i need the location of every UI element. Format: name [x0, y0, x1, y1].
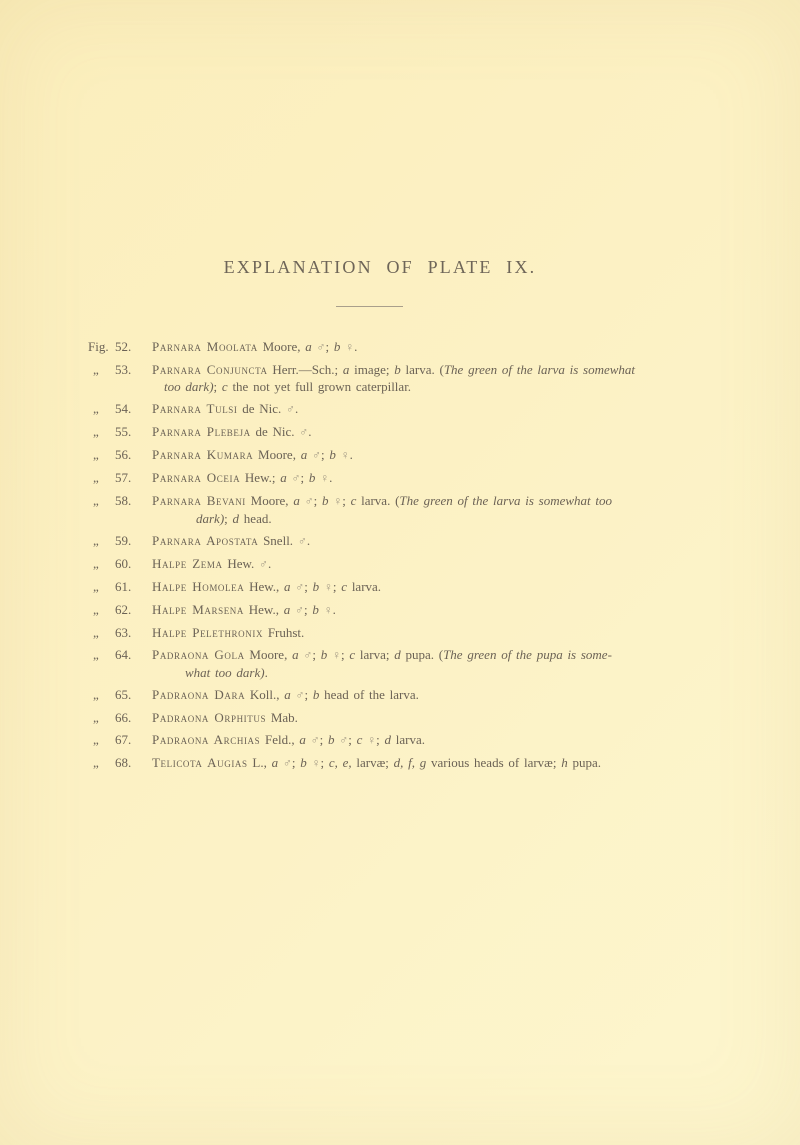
ditto-mark: „ [88, 578, 115, 595]
figure-description: Halpe Homolea Hew., a ♂; b ♀; c larva. [152, 578, 732, 596]
figure-number: 68. [115, 754, 152, 771]
figure-entry: „56.Parnara Kumara Moore, a ♂; b ♀. [88, 446, 748, 464]
figure-entry: „54.Parnara Tulsi de Nic. ♂. [88, 400, 748, 418]
figure-description: Halpe Zema Hew. ♂. [152, 555, 732, 573]
figure-entry: „65.Padraona Dara Koll., a ♂; b head of … [88, 686, 748, 704]
figure-description: Parnara Moolata Moore, a ♂; b ♀. [152, 338, 732, 356]
male-symbol: ♂ [259, 557, 268, 571]
scanned-page: { "page": { "title": "EXPLANATION OF PLA… [0, 0, 800, 1145]
ditto-mark: „ [88, 423, 115, 440]
page-title: EXPLANATION OF PLATE IX. [0, 257, 760, 278]
figure-entry: „58.Parnara Bevani Moore, a ♂; b ♀; c la… [88, 492, 748, 527]
figure-description: Padraona Gola Moore, a ♂; b ♀; c larva; … [152, 646, 732, 681]
female-symbol: ♀ [324, 580, 333, 594]
male-symbol: ♂ [296, 688, 305, 702]
figure-entry: „66.Padraona Orphitus Mab. [88, 709, 748, 726]
ditto-mark: „ [88, 646, 115, 663]
ditto-mark: „ [88, 754, 115, 771]
female-symbol: ♀ [341, 448, 350, 462]
figure-entry: „59.Parnara Apostata Snell. ♂. [88, 532, 748, 550]
female-symbol: ♀ [345, 340, 354, 354]
figure-number: 53. [115, 361, 152, 378]
ditto-mark: „ [88, 601, 115, 618]
figure-description: Parnara Bevani Moore, a ♂; b ♀; c larva.… [152, 492, 732, 527]
ditto-mark: „ [88, 555, 115, 572]
figure-number: 63. [115, 624, 152, 641]
figure-number: 60. [115, 555, 152, 572]
figure-number: 61. [115, 578, 152, 595]
figure-entry: „60.Halpe Zema Hew. ♂. [88, 555, 748, 573]
figure-number: 65. [115, 686, 152, 703]
figure-description: Parnara Apostata Snell. ♂. [152, 532, 732, 550]
figure-number: 56. [115, 446, 152, 463]
figure-entry: „62.Halpe Marsena Hew., a ♂; b ♀. [88, 601, 748, 619]
figure-description: Halpe Marsena Hew., a ♂; b ♀. [152, 601, 732, 619]
figure-description: Parnara Oceia Hew.; a ♂; b ♀. [152, 469, 732, 487]
figure-number: 54. [115, 400, 152, 417]
figure-number: 55. [115, 423, 152, 440]
ditto-mark: „ [88, 686, 115, 703]
figure-description: Telicota Augias L., a ♂; b ♀; c, e, larv… [152, 754, 732, 772]
ditto-mark: „ [88, 469, 115, 486]
male-symbol: ♂ [339, 733, 348, 747]
male-symbol: ♂ [311, 733, 320, 747]
figure-entry: „57.Parnara Oceia Hew.; a ♂; b ♀. [88, 469, 748, 487]
figure-entry: „68.Telicota Augias L., a ♂; b ♀; c, e, … [88, 754, 748, 772]
figure-entry: „55.Parnara Plebeja de Nic. ♂. [88, 423, 748, 441]
title-divider [336, 306, 403, 307]
figure-entry: „61.Halpe Homolea Hew., a ♂; b ♀; c larv… [88, 578, 748, 596]
figure-description: Parnara Tulsi de Nic. ♂. [152, 400, 732, 418]
male-symbol: ♂ [298, 534, 307, 548]
male-symbol: ♂ [292, 471, 301, 485]
male-symbol: ♂ [295, 603, 304, 617]
figure-description: Parnara Kumara Moore, a ♂; b ♀. [152, 446, 732, 464]
figure-entry: „64.Padraona Gola Moore, a ♂; b ♀; c lar… [88, 646, 748, 681]
figure-number: 64. [115, 646, 152, 663]
figure-entry: Fig.52.Parnara Moolata Moore, a ♂; b ♀. [88, 338, 748, 356]
male-symbol: ♂ [283, 756, 292, 770]
figure-entry: „63.Halpe Pelethronix Fruhst. [88, 624, 748, 641]
figure-description: Parnara Conjuncta Herr.—Sch.; a image; b… [152, 361, 732, 395]
figure-number: 59. [115, 532, 152, 549]
female-symbol: ♀ [367, 733, 376, 747]
male-symbol: ♂ [299, 425, 308, 439]
ditto-mark: „ [88, 532, 115, 549]
male-symbol: ♂ [286, 402, 295, 416]
female-symbol: ♀ [332, 648, 341, 662]
figure-description: Padraona Dara Koll., a ♂; b head of the … [152, 686, 732, 704]
figure-description: Padraona Archias Feld., a ♂; b ♂; c ♀; d… [152, 731, 732, 749]
figure-list: Fig.52.Parnara Moolata Moore, a ♂; b ♀.„… [88, 338, 748, 777]
figure-number: 58. [115, 492, 152, 509]
ditto-mark: „ [88, 400, 115, 417]
figure-description: Padraona Orphitus Mab. [152, 709, 732, 726]
male-symbol: ♂ [295, 580, 304, 594]
ditto-mark: „ [88, 624, 115, 641]
female-symbol: ♀ [324, 603, 333, 617]
ditto-mark: „ [88, 361, 115, 378]
figure-description: Halpe Pelethronix Fruhst. [152, 624, 732, 641]
ditto-mark: „ [88, 709, 115, 726]
figure-number: 66. [115, 709, 152, 726]
female-symbol: ♀ [333, 494, 342, 508]
ditto-mark: „ [88, 492, 115, 509]
figure-description: Parnara Plebeja de Nic. ♂. [152, 423, 732, 441]
ditto-mark: „ [88, 731, 115, 748]
male-symbol: ♂ [305, 494, 314, 508]
female-symbol: ♀ [320, 471, 329, 485]
figure-number: 67. [115, 731, 152, 748]
figure-label: Fig. [88, 338, 115, 355]
male-symbol: ♂ [303, 648, 312, 662]
figure-entry: „53.Parnara Conjuncta Herr.—Sch.; a imag… [88, 361, 748, 395]
male-symbol: ♂ [317, 340, 326, 354]
figure-number: 52. [115, 338, 152, 355]
figure-number: 57. [115, 469, 152, 486]
figure-entry: „67.Padraona Archias Feld., a ♂; b ♂; c … [88, 731, 748, 749]
figure-number: 62. [115, 601, 152, 618]
male-symbol: ♂ [312, 448, 321, 462]
ditto-mark: „ [88, 446, 115, 463]
